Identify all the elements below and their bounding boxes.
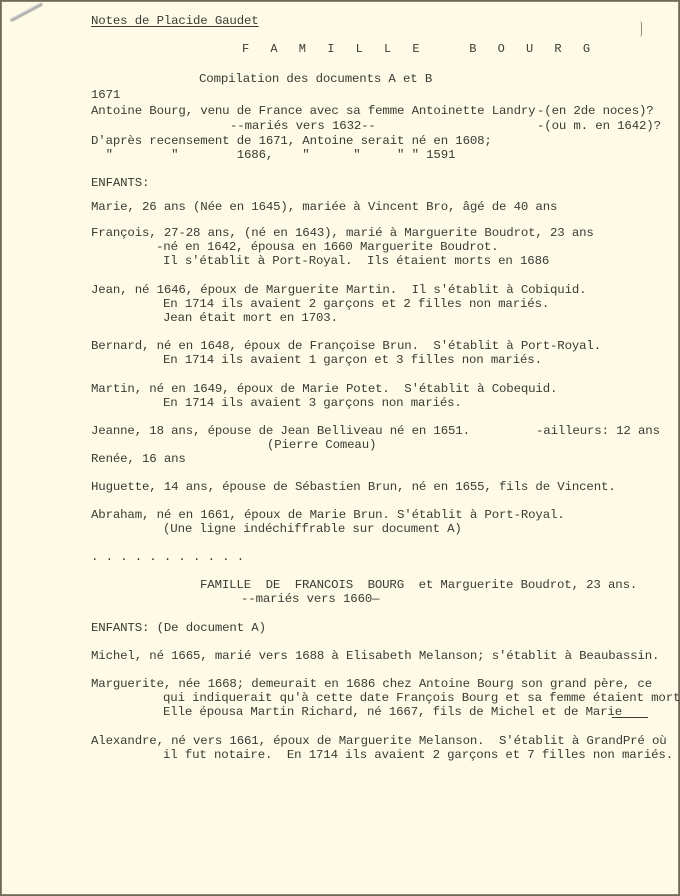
child-entry: Alexandre, né vers 1661, époux de Margue… <box>91 734 667 748</box>
page-subtitle: Compilation des documents A et B <box>199 72 432 86</box>
author-note: Notes de Placide Gaudet <box>91 14 259 28</box>
intro-note: -(ou m. en 1642)? <box>537 119 661 133</box>
child-entry-cont: -né en 1642, épousa en 1660 Marguerite B… <box>156 240 498 254</box>
child-entry-cont: Jean était mort en 1703. <box>163 311 338 325</box>
child-entry-cont: (Pierre Comeau) <box>267 438 376 452</box>
intro-line: Antoine Bourg, venu de France avec sa fe… <box>91 104 535 118</box>
paperclip-icon <box>9 2 42 22</box>
child-entry: Jeanne, 18 ans, épouse de Jean Belliveau… <box>91 424 470 438</box>
intro-note: -(en 2de noces)? <box>537 104 654 118</box>
child-entry: Jean, né 1646, époux de Marguerite Marti… <box>91 283 586 297</box>
intro-line: D'après recensement de 1671, Antoine ser… <box>91 134 492 148</box>
document-page: Notes de Placide Gaudet F A M I L L E B … <box>1 1 679 895</box>
separator: . . . . . . . . . . . <box>91 550 244 564</box>
child-entry: Renée, 16 ans <box>91 452 186 466</box>
child-entry-cont: En 1714 ils avaient 1 garçon et 3 filles… <box>163 353 542 367</box>
child-entry: Bernard, né en 1648, époux de Françoise … <box>91 339 601 353</box>
section-title: FAMILLE DE FRANCOIS BOURG et Marguerite … <box>200 578 637 592</box>
section-subtitle: --mariés vers 1660— <box>241 592 379 606</box>
child-entry-cont: qui indiquerait qu'à cette date François… <box>163 691 680 705</box>
child-entry: François, 27-28 ans, (né en 1643), marié… <box>91 226 594 240</box>
child-entry-cont: En 1714 ils avaient 2 garçons et 2 fille… <box>163 297 549 311</box>
child-entry-cont: Il s'établit à Port-Royal. Ils étaient m… <box>163 254 549 268</box>
child-entry-note: -ailleurs: 12 ans <box>536 424 660 438</box>
child-entry-cont: (Une ligne indéchiffrable sur document A… <box>163 522 462 536</box>
child-entry-cont: En 1714 ils avaient 3 garçons non mariés… <box>163 396 462 410</box>
intro-line: " " 1686, " " " " 1591 <box>91 148 455 162</box>
section-heading: ENFANTS: <box>91 176 149 190</box>
child-entry: Martin, né en 1649, époux de Marie Potet… <box>91 382 557 396</box>
child-entry: Marie, 26 ans (Née en 1645), mariée à Vi… <box>91 200 557 214</box>
child-entry: Abraham, né en 1661, époux de Marie Brun… <box>91 508 565 522</box>
page-title: F A M I L L E B O U R G <box>242 42 597 56</box>
child-entry: Michel, né 1665, marié vers 1688 à Elisa… <box>91 649 659 663</box>
intro-line: --mariés vers 1632-- <box>230 119 376 133</box>
section-heading: ENFANTS: (De document A) <box>91 621 266 635</box>
pencil-mark <box>639 21 642 37</box>
blank-underline <box>612 717 648 718</box>
child-entry-cont: Elle épousa Martin Richard, né 1667, fil… <box>163 705 622 719</box>
child-entry-cont: il fut notaire. En 1714 ils avaient 2 ga… <box>163 748 673 762</box>
child-entry: Marguerite, née 1668; demeurait en 1686 … <box>91 677 652 691</box>
intro-year: 1671 <box>91 88 120 102</box>
child-entry: Huguette, 14 ans, épouse de Sébastien Br… <box>91 480 616 494</box>
